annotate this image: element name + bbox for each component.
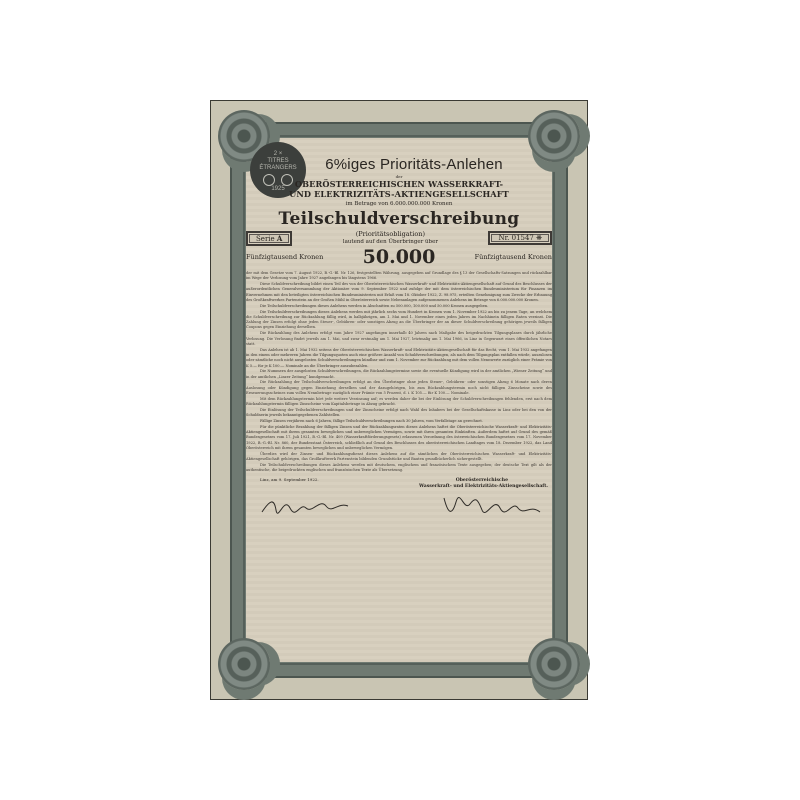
rosette-ornament-icon [218, 638, 270, 690]
value-row: Fünfzigtausend Kronen 50.000 Fünfzigtaus… [246, 246, 552, 268]
terms-paragraph: Die Rückzahlung des Anlehens erfolgt vom… [246, 331, 552, 347]
value-words-left: Fünfzigtausend Kronen [246, 253, 323, 261]
terms-paragraph: Die Rückzahlung der Teilschuldverschreib… [246, 380, 552, 396]
obligation-text: (Prioritätsobligation) lautend auf den Ü… [343, 230, 438, 246]
number-box: Nr. 01547 ❋ [488, 231, 552, 245]
subtitle: (Prioritätsobligation) [343, 230, 438, 238]
terms-paragraph: Überdies wird der Zinsen- und Rückzahlun… [246, 452, 552, 463]
number-value: 01547 [512, 234, 534, 242]
number-mark: ❋ [536, 234, 542, 242]
terms-paragraph: Die Nummern der ausgelosten Schuldversch… [246, 369, 552, 380]
rosette-ornament-icon [528, 638, 580, 690]
terms-paragraph: Die Teilschuldverschreibungen dieses Anl… [246, 304, 552, 309]
value-words-right: Fünfzigtausend Kronen [475, 253, 552, 261]
terms-paragraph: Die Teilschuldverschreibungen dieses Anl… [246, 463, 552, 474]
intro-paragraph: der mit dem Gesetze vom 7. August 1922, … [246, 271, 552, 282]
terms-body: der mit dem Gesetze vom 7. August 1922, … [246, 271, 552, 473]
series-number-row: Serie A (Prioritätsobligation) lautend a… [246, 230, 552, 246]
serie-box: Serie A [246, 231, 292, 246]
serie-label: Serie [256, 235, 275, 243]
face-value: 50.000 [363, 246, 436, 268]
serie-value: A [277, 234, 282, 243]
loan-title: 6%iges Prioritäts-Anlehen [276, 156, 552, 173]
terms-paragraph: Die Einlösung der Teilschuldverschreibun… [246, 408, 552, 419]
signature-right-icon [442, 494, 542, 518]
number-label: Nr. [498, 234, 509, 242]
bond-certificate: 2 × TITRES ÉTRANGERS 1925 6%iges Priorit… [210, 100, 588, 700]
terms-paragraph: Fällige Zinsen verjähren nach 6 Jahren, … [246, 419, 552, 424]
terms-paragraph: Diese Schuldverschreibung bildet einen T… [246, 282, 552, 303]
loan-amount-line: im Betrage von 6.000.000.000 Kronen [246, 201, 552, 207]
signature-left-icon [260, 494, 350, 516]
company-name-line1: OBERÖSTERREICHISCHEN WASSERKRAFT- [246, 179, 552, 189]
signatures [246, 494, 552, 518]
document-title: Teilschuldverschreibung [246, 209, 552, 229]
terms-paragraph: Die Teilschuldverschreibungen dieses Anl… [246, 310, 552, 331]
certificate-content: 6%iges Prioritäts-Anlehen der OBERÖSTERR… [246, 144, 552, 518]
terms-paragraph: Für die pünktliche Bezahlung der fällige… [246, 425, 552, 451]
company-name-line2: UND ELEKTRIZITÄTS-AKTIENGESELLSCHAFT [246, 189, 552, 199]
terms-paragraph: Mit dem Rückzahlungstermin hört jede wei… [246, 397, 552, 408]
bearer-line: lautend auf den Überbringer über [343, 238, 438, 246]
issuer-line2: Wasserkraft- und Elektrizitäts-Aktienges… [246, 484, 548, 490]
terms-paragraph: Das Anlehen ist ab 1. Mai 1932 seitens d… [246, 348, 552, 369]
